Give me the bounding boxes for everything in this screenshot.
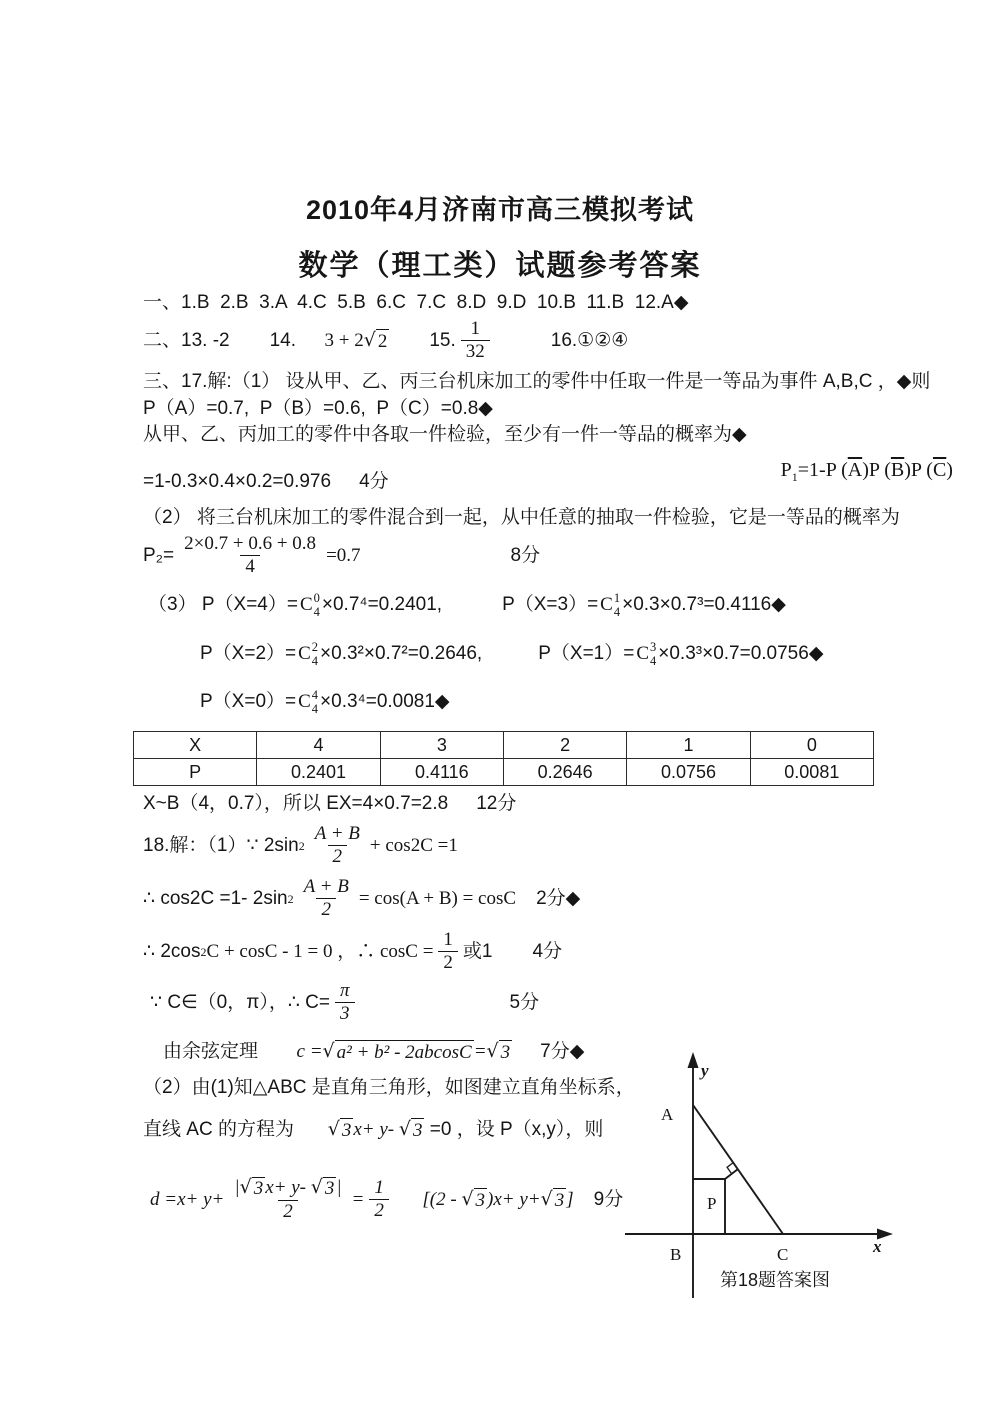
fraction-one-half: 1 2 xyxy=(438,929,458,975)
point-a-label: A xyxy=(661,1105,674,1124)
q18-line1: 18.解：（1）∵ 2sin2 A + B 2 + cos2C =1 xyxy=(143,820,458,872)
score-2: 2分◆ xyxy=(536,887,580,911)
q17-part3-line2: P（X=2）= C 24 ×0.3²×0.7²=0.2646, P（X=1）= … xyxy=(200,634,823,674)
q17-intro: 三、17.解:（1） 设从甲、乙、丙三台机床加工的零件中任取一件是一等品为事件 … xyxy=(143,370,930,394)
x-axis-label: x xyxy=(872,1237,882,1256)
q18-part2-line2: 直线 AC 的方程为 3x+ y- 3 =0 ，设 P（x,y），则 xyxy=(143,1108,663,1152)
q17-part3-line1: （3） P（X=4）= C 04 ×0.7⁴=0.2401, P（X=3）= C… xyxy=(148,585,786,625)
distribution-table: X 4 3 2 1 0 P 0.2401 0.4116 0.2646 0.075… xyxy=(133,731,874,786)
value-cell: 0.2646 xyxy=(503,759,626,786)
answer-14-expression: 3 + 22 xyxy=(296,305,389,377)
score-8: 8分 xyxy=(511,544,541,568)
exam-answer-page: 2010年4月济南市高三模拟考试 数学（理工类）试题参考答案 一、1.B 2.B… xyxy=(0,0,1000,1415)
table-header-row: X 4 3 2 1 0 xyxy=(134,732,874,759)
answer-15-fraction: 1 32 xyxy=(461,318,490,364)
p2-label: P₂= xyxy=(143,544,174,568)
y-axis-arrow xyxy=(688,1052,699,1068)
p2-fraction: 2×0.7 + 0.6 + 0.8 4 xyxy=(179,533,321,579)
answer-14-label: 14. xyxy=(270,329,296,353)
fraction-a-plus-b-over-2: A + B 2 xyxy=(310,823,365,869)
combination-c43: C 34 xyxy=(636,640,656,669)
point-b-label: B xyxy=(670,1245,681,1264)
q18-distance-formula: d =x+ y+ |3x+ y- 3| 2 = 1 2 [(2 - 3)x+ y… xyxy=(150,1160,623,1240)
q17-check-text: 从甲、乙、丙加工的零件中各取一件检验，至少有一件一等品的概率为◆ xyxy=(143,423,747,447)
combination-c44: C 44 xyxy=(298,688,318,717)
q17-expectation-line: X~B（4，0.7），所以 EX=4×0.7=2.8 12分 xyxy=(143,792,516,816)
q18-line5: 由余弦定理 c =a² + b² - 2abcosC=3 7分◆ xyxy=(163,1030,584,1074)
combination-c42: C 24 xyxy=(298,640,318,669)
header-cell: 2 xyxy=(503,732,626,759)
header-cell: 3 xyxy=(380,732,503,759)
value-cell: 0.0081 xyxy=(750,759,873,786)
answer-13: 二、13. -2 xyxy=(143,329,230,353)
page-title: 2010年4月济南市高三模拟考试 xyxy=(0,188,1000,227)
one-half-fraction: 1 2 xyxy=(369,1177,389,1223)
line-ac-equation: 3x+ y- 3 xyxy=(299,1094,424,1166)
answers-row1: 一、1.B 2.B 3.A 4.C 5.B 6.C 7.C 8.D 9.D 10… xyxy=(143,291,688,315)
y-axis-label: y xyxy=(699,1061,709,1080)
figure-caption: 第18题答案图 xyxy=(720,1270,830,1290)
q17-check-line: 从甲、乙、丙加工的零件中各取一件检验，至少有一件一等品的概率为◆ P1=1-P … xyxy=(143,423,953,510)
score-5: 5分 xyxy=(510,991,540,1015)
value-cell: 0.2401 xyxy=(257,759,380,786)
p2-result: =0.7 xyxy=(326,544,360,568)
q18-line3: ∴ 2cos2 C + cosC - 1 = 0 ，∴ cosC = 1 2 或… xyxy=(143,926,562,978)
fraction-a-plus-b-over-2: A + B 2 xyxy=(299,876,354,922)
q18-line2: ∴ cos2C =1- 2sin2 A + B 2 = cos(A + B) =… xyxy=(143,873,580,925)
point-c-label: C xyxy=(777,1245,788,1264)
answer-15-label: 15. xyxy=(429,329,455,353)
score-12: 12分 xyxy=(476,792,516,816)
score-7: 7分◆ xyxy=(540,1040,584,1064)
answers-row2: 二、13. -2 14. 3 + 22 15. 1 32 16.①②④ xyxy=(143,318,628,364)
value-cell: 0.0756 xyxy=(627,759,750,786)
choice-answers: 一、1.B 2.B 3.A 4.C 5.B 6.C 7.C 8.D 9.D 10… xyxy=(143,291,688,315)
answer-16: 16.①②④ xyxy=(551,329,629,353)
q17-probability-values: P（A）=0.7, P（B）=0.6, P（C）=0.8◆ xyxy=(143,397,493,421)
q17-part3-line3: P（X=0）= C 44 ×0.3⁴=0.0081◆ xyxy=(200,682,450,722)
page-subtitle: 数学（理工类）试题参考答案 xyxy=(0,243,1000,284)
d-bracket-expression: [(2 - 3)x+ y+3] xyxy=(394,1164,574,1236)
header-cell: X xyxy=(134,732,257,759)
q17-calc-line: =1-0.3×0.4×0.2=0.976 4分 xyxy=(143,470,389,494)
q17-p2-formula: P₂= 2×0.7 + 0.6 + 0.8 4 =0.7 8分 xyxy=(143,528,540,584)
abs-fraction: |3x+ y- 3| 2 xyxy=(229,1177,346,1224)
q18-answer-figure: y x A B C P 第18题答案图 xyxy=(615,1048,1000,1348)
combination-c40: C 04 xyxy=(300,591,320,620)
table-row: P 0.2401 0.4116 0.2646 0.0756 0.0081 xyxy=(134,759,874,786)
value-cell: P xyxy=(134,759,257,786)
header-cell: 1 xyxy=(627,732,750,759)
combination-c41: C 14 xyxy=(600,591,620,620)
p1-formula: P1=1-P (A)P (B)P (C) xyxy=(751,433,953,510)
score-4: 4分 xyxy=(359,470,389,494)
point-p-label: P xyxy=(707,1194,716,1213)
value-cell: 0.4116 xyxy=(380,759,503,786)
abs-numerator: |3x+ y- 3| xyxy=(229,1177,346,1200)
header-cell: 0 xyxy=(750,732,873,759)
q17-part2-text: （2） 将三台机床加工的零件混合到一起，从中任意的抽取一件检验，它是一等品的概率… xyxy=(143,506,900,530)
header-cell: 4 xyxy=(257,732,380,759)
score-4b: 4分 xyxy=(533,940,563,964)
